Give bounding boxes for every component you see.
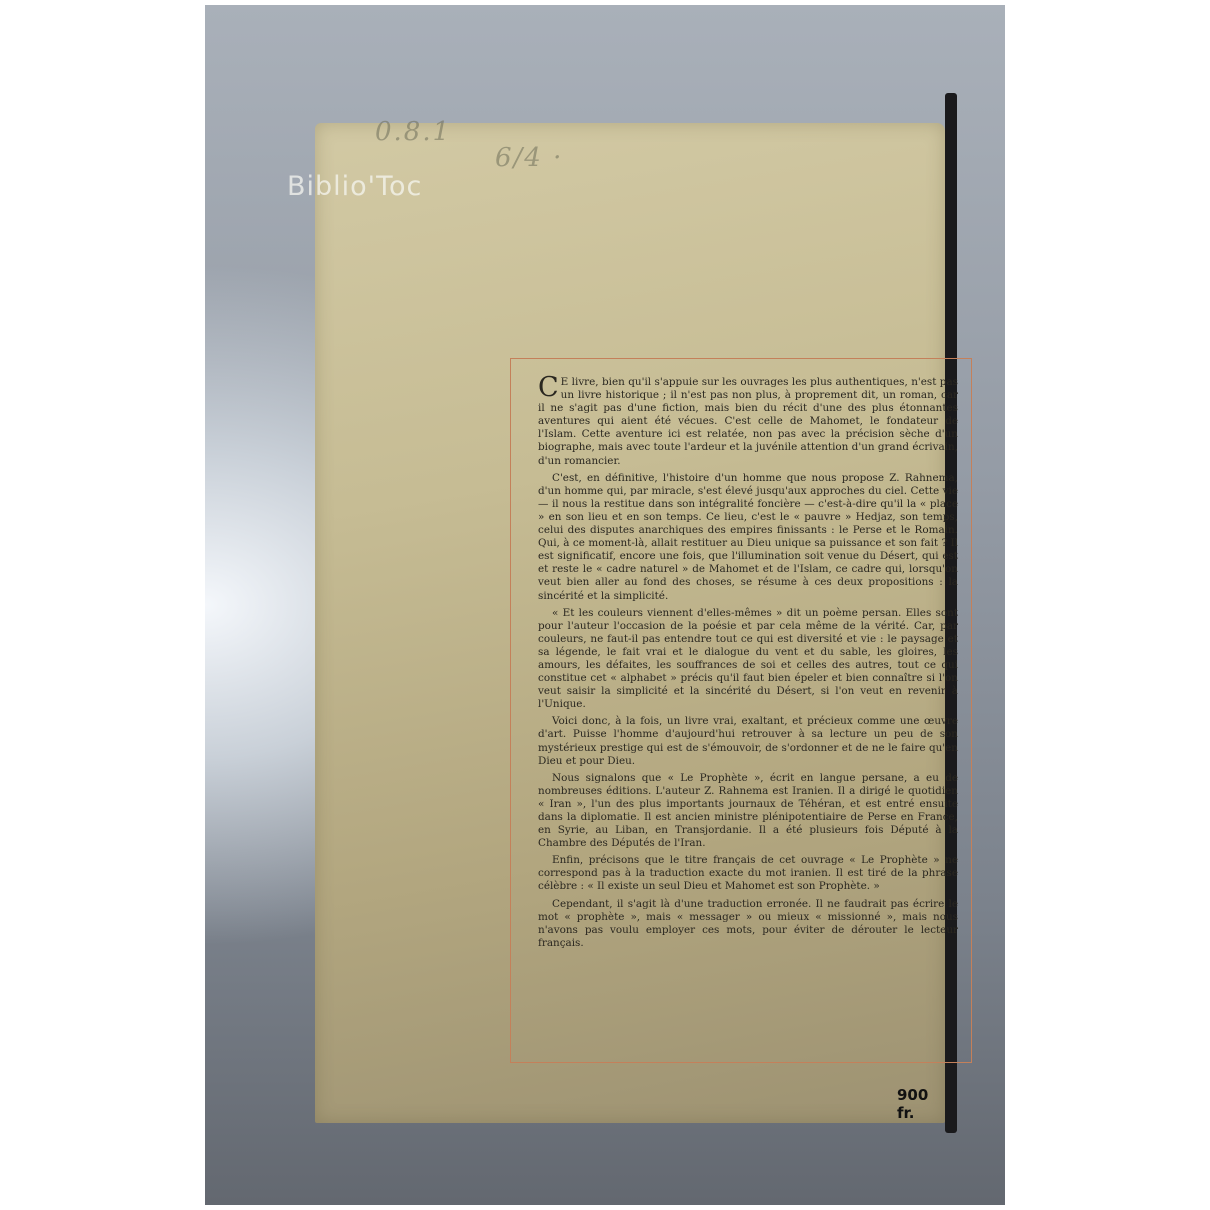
blurb-paragraph: « Et les couleurs viennent d'elles-mêmes…: [538, 607, 958, 712]
blurb-paragraph: CE livre, bien qu'il s'appuie sur les ou…: [538, 376, 958, 468]
blurb-paragraph: Enfin, précisons que le titre français d…: [538, 854, 958, 893]
price-label: 900 fr.: [897, 1086, 945, 1122]
pencil-mark: 0.8.1: [375, 117, 451, 147]
blurb-text: CE livre, bien qu'il s'appuie sur les ou…: [538, 376, 958, 954]
blurb-paragraph: Voici donc, à la fois, un livre vrai, ex…: [538, 715, 958, 767]
book-back-cover: 0.8.1 6/4 · CE livre, bien qu'il s'appui…: [315, 123, 945, 1123]
book-photo: 0.8.1 6/4 · CE livre, bien qu'il s'appui…: [205, 5, 1005, 1205]
watermark-logo: Biblio'Toc: [287, 171, 422, 202]
drop-cap: C: [538, 377, 559, 399]
pencil-mark: 6/4 ·: [495, 143, 563, 173]
blurb-paragraph: Nous signalons que « Le Prophète », écri…: [538, 772, 958, 851]
blurb-paragraph: C'est, en définitive, l'histoire d'un ho…: [538, 472, 958, 603]
blurb-paragraph: Cependant, il s'agit là d'une traduction…: [538, 898, 958, 950]
